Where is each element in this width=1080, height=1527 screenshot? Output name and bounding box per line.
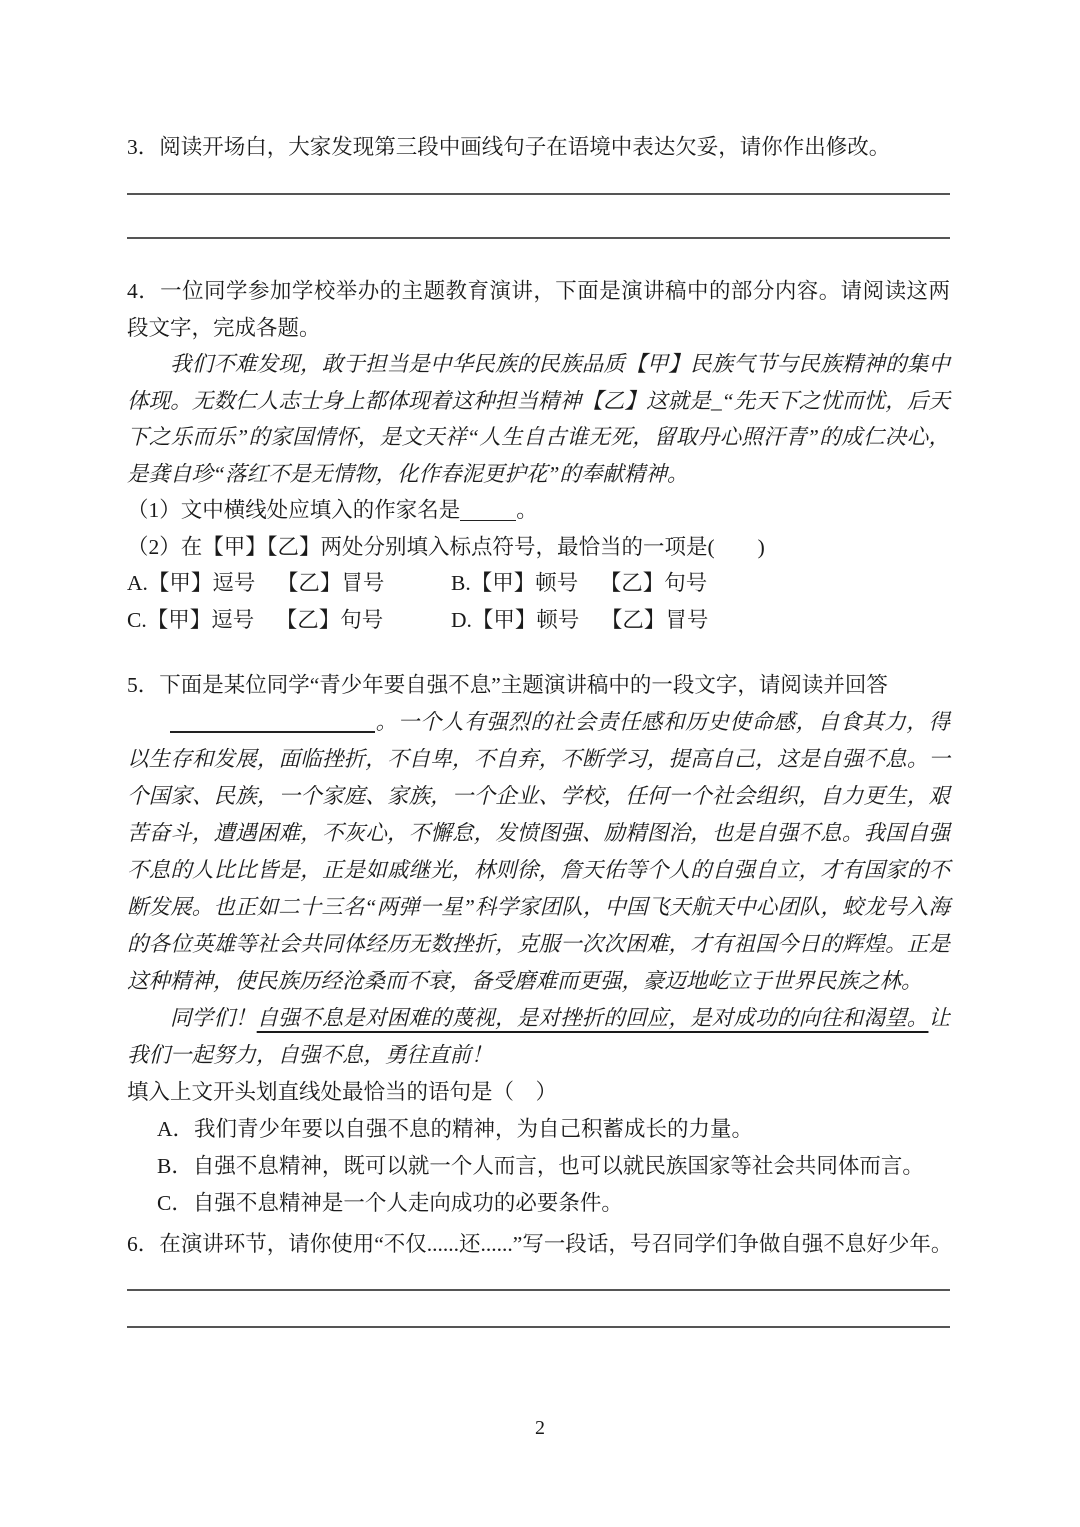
q4-option-d: D.【甲】顿号 【乙】冒号 bbox=[451, 602, 708, 639]
q4-option-a: A.【甲】逗号 【乙】冒号 bbox=[127, 565, 451, 602]
answer-line-4 bbox=[127, 1326, 950, 1328]
question-5-paragraph-2: 同学们！自强不息是对困难的蔑视，是对挫折的回应，是对成功的向往和渴望。让我们一起… bbox=[127, 1000, 950, 1074]
exam-page: 3．阅读开场白，大家发现第三段中画线句子在语境中表达欠妥，请你作出修改。 4．一… bbox=[0, 0, 1080, 1527]
page-number: 2 bbox=[0, 1410, 1080, 1446]
author-name-blank bbox=[460, 520, 516, 522]
question-6-stem: 6．在演讲环节，请你使用“不仅......还......”写一段话，号召同学们争… bbox=[127, 1226, 950, 1263]
q4-options-row-1: A.【甲】逗号 【乙】冒号 B.【甲】顿号 【乙】句号 bbox=[127, 565, 950, 602]
question-4-sub1: （1）文中横线处应填入的作家名是。 bbox=[127, 492, 950, 529]
question-5: 5．下面是某位同学“青少年要自强不息”主题演讲稿中的一段文字，请阅读并回答 。一… bbox=[127, 667, 950, 1222]
answer-line-1 bbox=[127, 193, 950, 195]
q4-option-b: B.【甲】顿号 【乙】句号 bbox=[451, 565, 707, 602]
passage-opening-blank bbox=[170, 731, 375, 733]
question-5-passage: 。一个人有强烈的社会责任感和历史使命感，自食其力，得以生存和发展，面临挫折，不自… bbox=[127, 704, 950, 1000]
question-5-stem: 5．下面是某位同学“青少年要自强不息”主题演讲稿中的一段文字，请阅读并回答 bbox=[127, 667, 950, 704]
question-4-stem: 4．一位同学参加学校举办的主题教育演讲，下面是演讲稿中的部分内容。请阅读这两段文… bbox=[127, 273, 950, 346]
question-3-stem: 3．阅读开场白，大家发现第三段中画线句子在语境中表达欠妥，请你作出修改。 bbox=[127, 129, 950, 165]
q5-option-b: B．自强不息精神，既可以就一个人而言，也可以就民族国家等社会共同体而言。 bbox=[127, 1148, 950, 1185]
sub1-text: （1）文中横线处应填入的作家名是 bbox=[127, 498, 460, 522]
paragraph-2-lead: 同学们！ bbox=[170, 1006, 257, 1030]
answer-line-2 bbox=[127, 237, 950, 239]
passage-text: 。一个人有强烈的社会责任感和历史使命感，自食其力，得以生存和发展，面临挫折，不自… bbox=[127, 710, 950, 993]
q5-option-a: A．我们青少年要以自强不息的精神，为自己积蓄成长的力量。 bbox=[127, 1111, 950, 1148]
q5-option-c: C．自强不息精神是一个人走向成功的必要条件。 bbox=[127, 1185, 950, 1222]
question-5-prompt: 填入上文开头划直线处最恰当的语句是（ ） bbox=[127, 1074, 950, 1111]
underlined-sentence: 自强不息是对困难的蔑视，是对挫折的回应，是对成功的向往和渴望。 bbox=[257, 1006, 929, 1030]
answer-line-3 bbox=[127, 1289, 950, 1291]
q4-option-c: C.【甲】逗号 【乙】句号 bbox=[127, 602, 451, 639]
question-4: 4．一位同学参加学校举办的主题教育演讲，下面是演讲稿中的部分内容。请阅读这两段文… bbox=[127, 273, 950, 638]
question-4-passage: 我们不难发现，敢于担当是中华民族的民族品质【甲】民族气节与民族精神的集中体现。无… bbox=[127, 346, 950, 492]
q4-options-row-2: C.【甲】逗号 【乙】句号 D.【甲】顿号 【乙】冒号 bbox=[127, 602, 950, 639]
question-4-sub2: （2）在【甲】【乙】两处分别填入标点符号，最恰当的一项是( ) bbox=[127, 529, 950, 566]
sub1-period: 。 bbox=[516, 498, 538, 522]
page-content: 3．阅读开场白，大家发现第三段中画线句子在语境中表达欠妥，请你作出修改。 4．一… bbox=[127, 0, 950, 1328]
